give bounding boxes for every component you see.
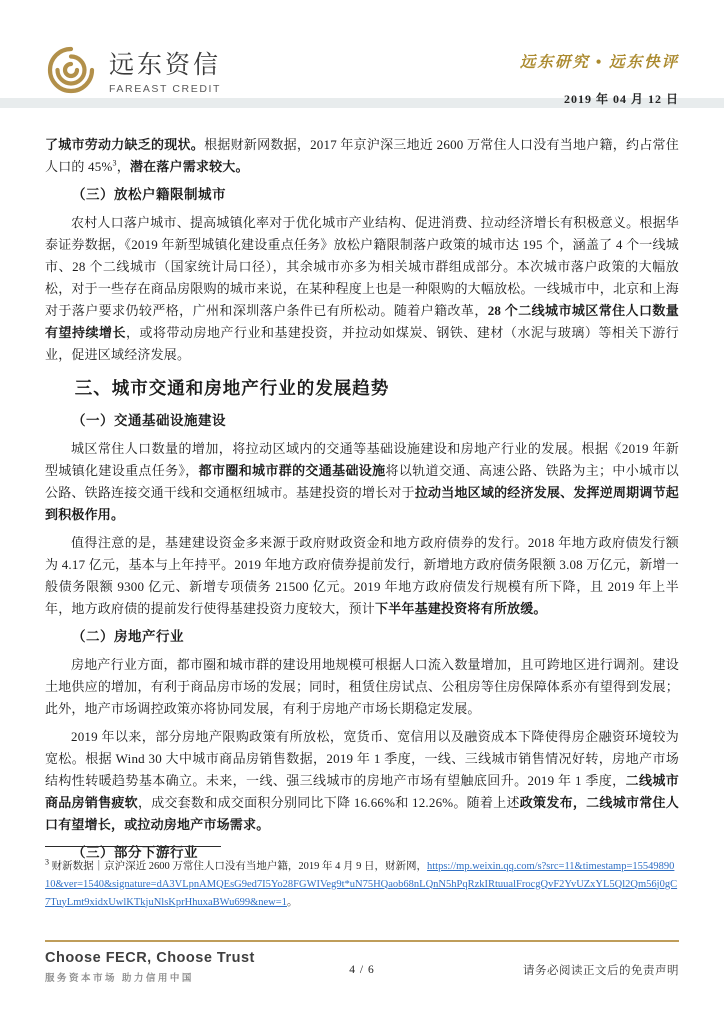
paragraph-hukou-demand: 了城市劳动力缺乏的现状。根据财新网数据，2017 年京沪深三地近 2600 万常… (45, 134, 679, 178)
heading-real-estate: （二）房地产行业 (45, 626, 679, 648)
section-heading-transport-realestate: 三、城市交通和房地产行业的发展趋势 (45, 376, 679, 400)
paragraph-transport-infrastructure: 城区常住人口数量的增加，将拉动区域内的交通等基础设施建设和房地产行业的发展。根据… (45, 438, 679, 526)
document-body: 了城市劳动力缺乏的现状。根据财新网数据，2017 年京沪深三地近 2600 万常… (0, 108, 724, 864)
paragraph-local-gov-bonds: 值得注意的是，基建建设资金多来源于政府财政资金和地方政府债券的发行。2018 年… (45, 532, 679, 620)
paragraph-hukou-relax-detail: 农村人口落户城市、提高城镇化率对于优化城市产业结构、促进消费、拉动经济增长有积极… (45, 212, 679, 366)
heading-transport-infrastructure: （一）交通基础设施建设 (45, 410, 679, 432)
paragraph-real-estate-land: 房地产行业方面，都市圈和城市群的建设用地规模可根据人口流入数量增加，且可跨地区进… (45, 654, 679, 720)
fareast-credit-logo-icon (45, 44, 97, 96)
footer-disclaimer: 请务必阅读正文后的免责声明 (523, 962, 679, 978)
footnote-period: 。 (287, 897, 298, 908)
footnote-divider (45, 846, 221, 847)
page-header: 远东资信 FAREAST CREDIT 远东研究 • 远东快评 2019 年 0… (0, 0, 724, 98)
footnote-block: 3 财新数据｜京沪深近 2600 万常住人口没有当地户籍，2019 年 4 月 … (45, 846, 679, 922)
brand-name-en: FAREAST CREDIT (109, 83, 221, 95)
series-title: 远东研究 • 远东快评 (520, 50, 679, 72)
footnote-citation: 财新数据｜京沪深近 2600 万常住人口没有当地户籍，2019 年 4 月 9 … (49, 861, 427, 872)
footnote-text: 3 财新数据｜京沪深近 2600 万常住人口没有当地户籍，2019 年 4 月 … (45, 858, 679, 912)
footer-slogan-en: Choose FECR, Choose Trust (45, 950, 255, 966)
report-page: 远东资信 FAREAST CREDIT 远东研究 • 远东快评 2019 年 0… (0, 0, 724, 1024)
page-footer: Choose FECR, Choose Trust 服务资本市场 助力信用中国 … (0, 940, 724, 1024)
paragraph-real-estate-sales: 2019 年以来，部分房地产限购政策有所放松，宽货币、宽信用以及融资成本下降使得… (45, 726, 679, 836)
report-date: 2019 年 04 月 12 日 (520, 90, 679, 107)
footer-gold-rule (45, 940, 679, 942)
footer-slogan-cn: 服务资本市场 助力信用中国 (45, 970, 255, 984)
brand-name-cn: 远东资信 (109, 45, 221, 81)
brand-logo: 远东资信 FAREAST CREDIT (45, 44, 221, 96)
heading-relax-hukou-cities: （三）放松户籍限制城市 (45, 184, 679, 206)
page-number: 4 / 6 (349, 964, 374, 976)
